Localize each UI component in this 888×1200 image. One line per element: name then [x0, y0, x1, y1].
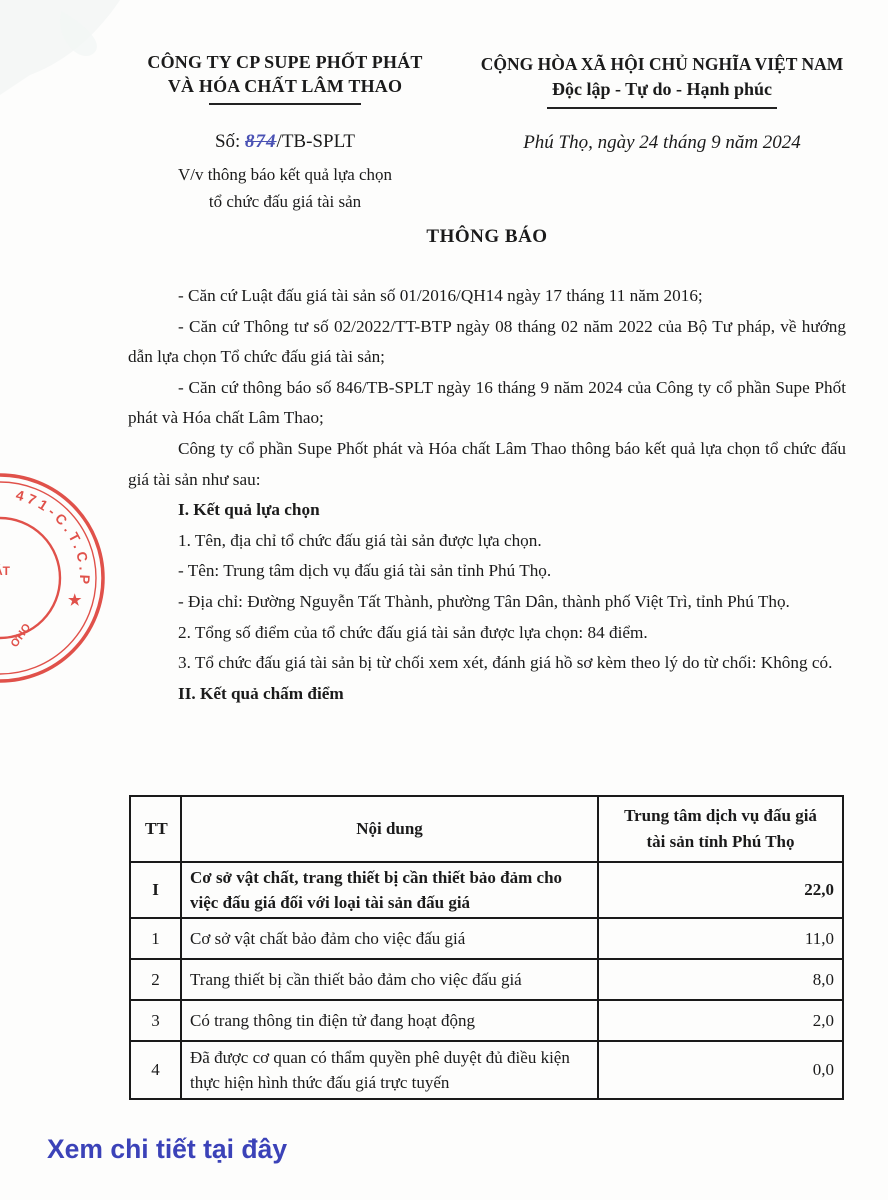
section-2-heading: II. Kết quả chấm điểm — [128, 679, 846, 710]
motto-underline — [547, 107, 777, 109]
scanned-document-page: 471-C.T.C.P ★ ÁT T ƠHQ CÔNG TY CP SUPE P… — [0, 0, 888, 1200]
company-name-line1: CÔNG TY CP SUPE PHỐT PHÁT — [118, 50, 452, 74]
doc-number-prefix: Số: — [215, 131, 245, 152]
table-row: 2 Trang thiết bị cần thiết bảo đảm cho v… — [130, 959, 843, 1000]
stamp-fragment-3: ƠHQ — [9, 621, 34, 649]
score-table: TT Nội dung Trung tâm dịch vụ đấu giá tà… — [129, 795, 844, 1100]
cell-content: Cơ sở vật chất, trang thiết bị cần thiết… — [181, 862, 598, 918]
table-header-row: TT Nội dung Trung tâm dịch vụ đấu giá tà… — [130, 796, 843, 862]
doc-number-handwritten: 874 — [245, 131, 277, 152]
table-row: 3 Có trang thông tin điện tử đang hoạt đ… — [130, 1000, 843, 1041]
paragraph-ten: - Tên: Trung tâm dịch vụ đấu giá tài sản… — [128, 556, 846, 587]
doc-number-suffix: /TB-SPLT — [277, 131, 356, 152]
header-cell-noi-dung: Nội dung — [181, 796, 598, 862]
cell-tt: 1 — [130, 918, 181, 959]
doc-subject-line1: V/v thông báo kết quả lựa chọn — [110, 161, 460, 188]
cell-tt: 2 — [130, 959, 181, 1000]
paragraph-item-2: 2. Tổng số điểm của tổ chức đấu giá tài … — [128, 618, 846, 649]
stamp-arc-text: 471-C.T.C.P — [14, 487, 93, 589]
header-cell-org: Trung tâm dịch vụ đấu giá tài sản tỉnh P… — [598, 796, 843, 862]
paragraph-can-cu-luat: - Căn cứ Luật đấu giá tài sản số 01/2016… — [128, 281, 846, 312]
paragraph-item-1: 1. Tên, địa chỉ tổ chức đấu giá tài sản … — [128, 526, 846, 557]
table-row: 1 Cơ sở vật chất bảo đảm cho việc đấu gi… — [130, 918, 843, 959]
cell-content: Cơ sở vật chất bảo đảm cho việc đấu giá — [181, 918, 598, 959]
cell-score: 11,0 — [598, 918, 843, 959]
national-header-block: CỘNG HÒA XÃ HỘI CHỦ NGHĨA VIỆT NAM Độc l… — [462, 52, 862, 109]
cell-tt: 3 — [130, 1000, 181, 1041]
cell-content: Trang thiết bị cần thiết bảo đảm cho việ… — [181, 959, 598, 1000]
paragraph-can-cu-thong-tu: - Căn cứ Thông tư số 02/2022/TT-BTP ngày… — [128, 312, 846, 373]
table-row: 4 Đã được cơ quan có thẩm quyền phê duyệ… — [130, 1041, 843, 1099]
cell-content: Đã được cơ quan có thẩm quyền phê duyệt … — [181, 1041, 598, 1099]
paragraph-dia-chi: - Địa chỉ: Đường Nguyễn Tất Thành, phườn… — [128, 587, 846, 618]
doc-number: Số: 874/TB-SPLT — [118, 131, 452, 153]
stamp-star-icon: ★ — [68, 592, 82, 609]
header-cell-tt: TT — [130, 796, 181, 862]
company-name-line2: VÀ HÓA CHẤT LÂM THAO — [118, 74, 452, 98]
table-row: I Cơ sở vật chất, trang thiết bị cần thi… — [130, 862, 843, 918]
cell-score: 2,0 — [598, 1000, 843, 1041]
cell-score: 22,0 — [598, 862, 843, 918]
cell-tt: 4 — [130, 1041, 181, 1099]
company-underline — [209, 103, 361, 105]
svg-text:471-C.T.C.P: 471-C.T.C.P — [14, 487, 93, 589]
place-date: Phú Thọ, ngày 24 tháng 9 năm 2024 — [462, 132, 862, 154]
company-header-block: CÔNG TY CP SUPE PHỐT PHÁT VÀ HÓA CHẤT LÂ… — [118, 50, 452, 105]
doc-subject: V/v thông báo kết quả lựa chọn tổ chức đ… — [110, 161, 460, 215]
doc-subject-line2: tổ chức đấu giá tài sản — [110, 188, 460, 215]
paragraph-item-3: 3. Tổ chức đấu giá tài sản bị từ chối xe… — [128, 648, 846, 679]
detail-link[interactable]: Xem chi tiết tại đây — [47, 1134, 287, 1165]
national-title: CỘNG HÒA XÃ HỘI CHỦ NGHĨA VIỆT NAM — [462, 52, 862, 76]
cell-tt: I — [130, 862, 181, 918]
cell-score: 8,0 — [598, 959, 843, 1000]
section-1-heading: I. Kết quả lựa chọn — [128, 495, 846, 526]
paragraph-can-cu-thong-bao: - Căn cứ thông báo số 846/TB-SPLT ngày 1… — [128, 373, 846, 434]
doc-title: THÔNG BÁO — [128, 226, 846, 248]
doc-body: - Căn cứ Luật đấu giá tài sản số 01/2016… — [128, 281, 846, 709]
cell-score: 0,0 — [598, 1041, 843, 1099]
stamp-fragment-1: ÁT — [0, 563, 11, 578]
company-stamp-icon: 471-C.T.C.P ★ ÁT T ƠHQ — [0, 463, 113, 693]
cell-content: Có trang thông tin điện tử đang hoạt độn… — [181, 1000, 598, 1041]
national-motto: Độc lập - Tự do - Hạnh phúc — [462, 76, 862, 102]
paragraph-intro: Công ty cổ phần Supe Phốt phát và Hóa ch… — [128, 434, 846, 495]
